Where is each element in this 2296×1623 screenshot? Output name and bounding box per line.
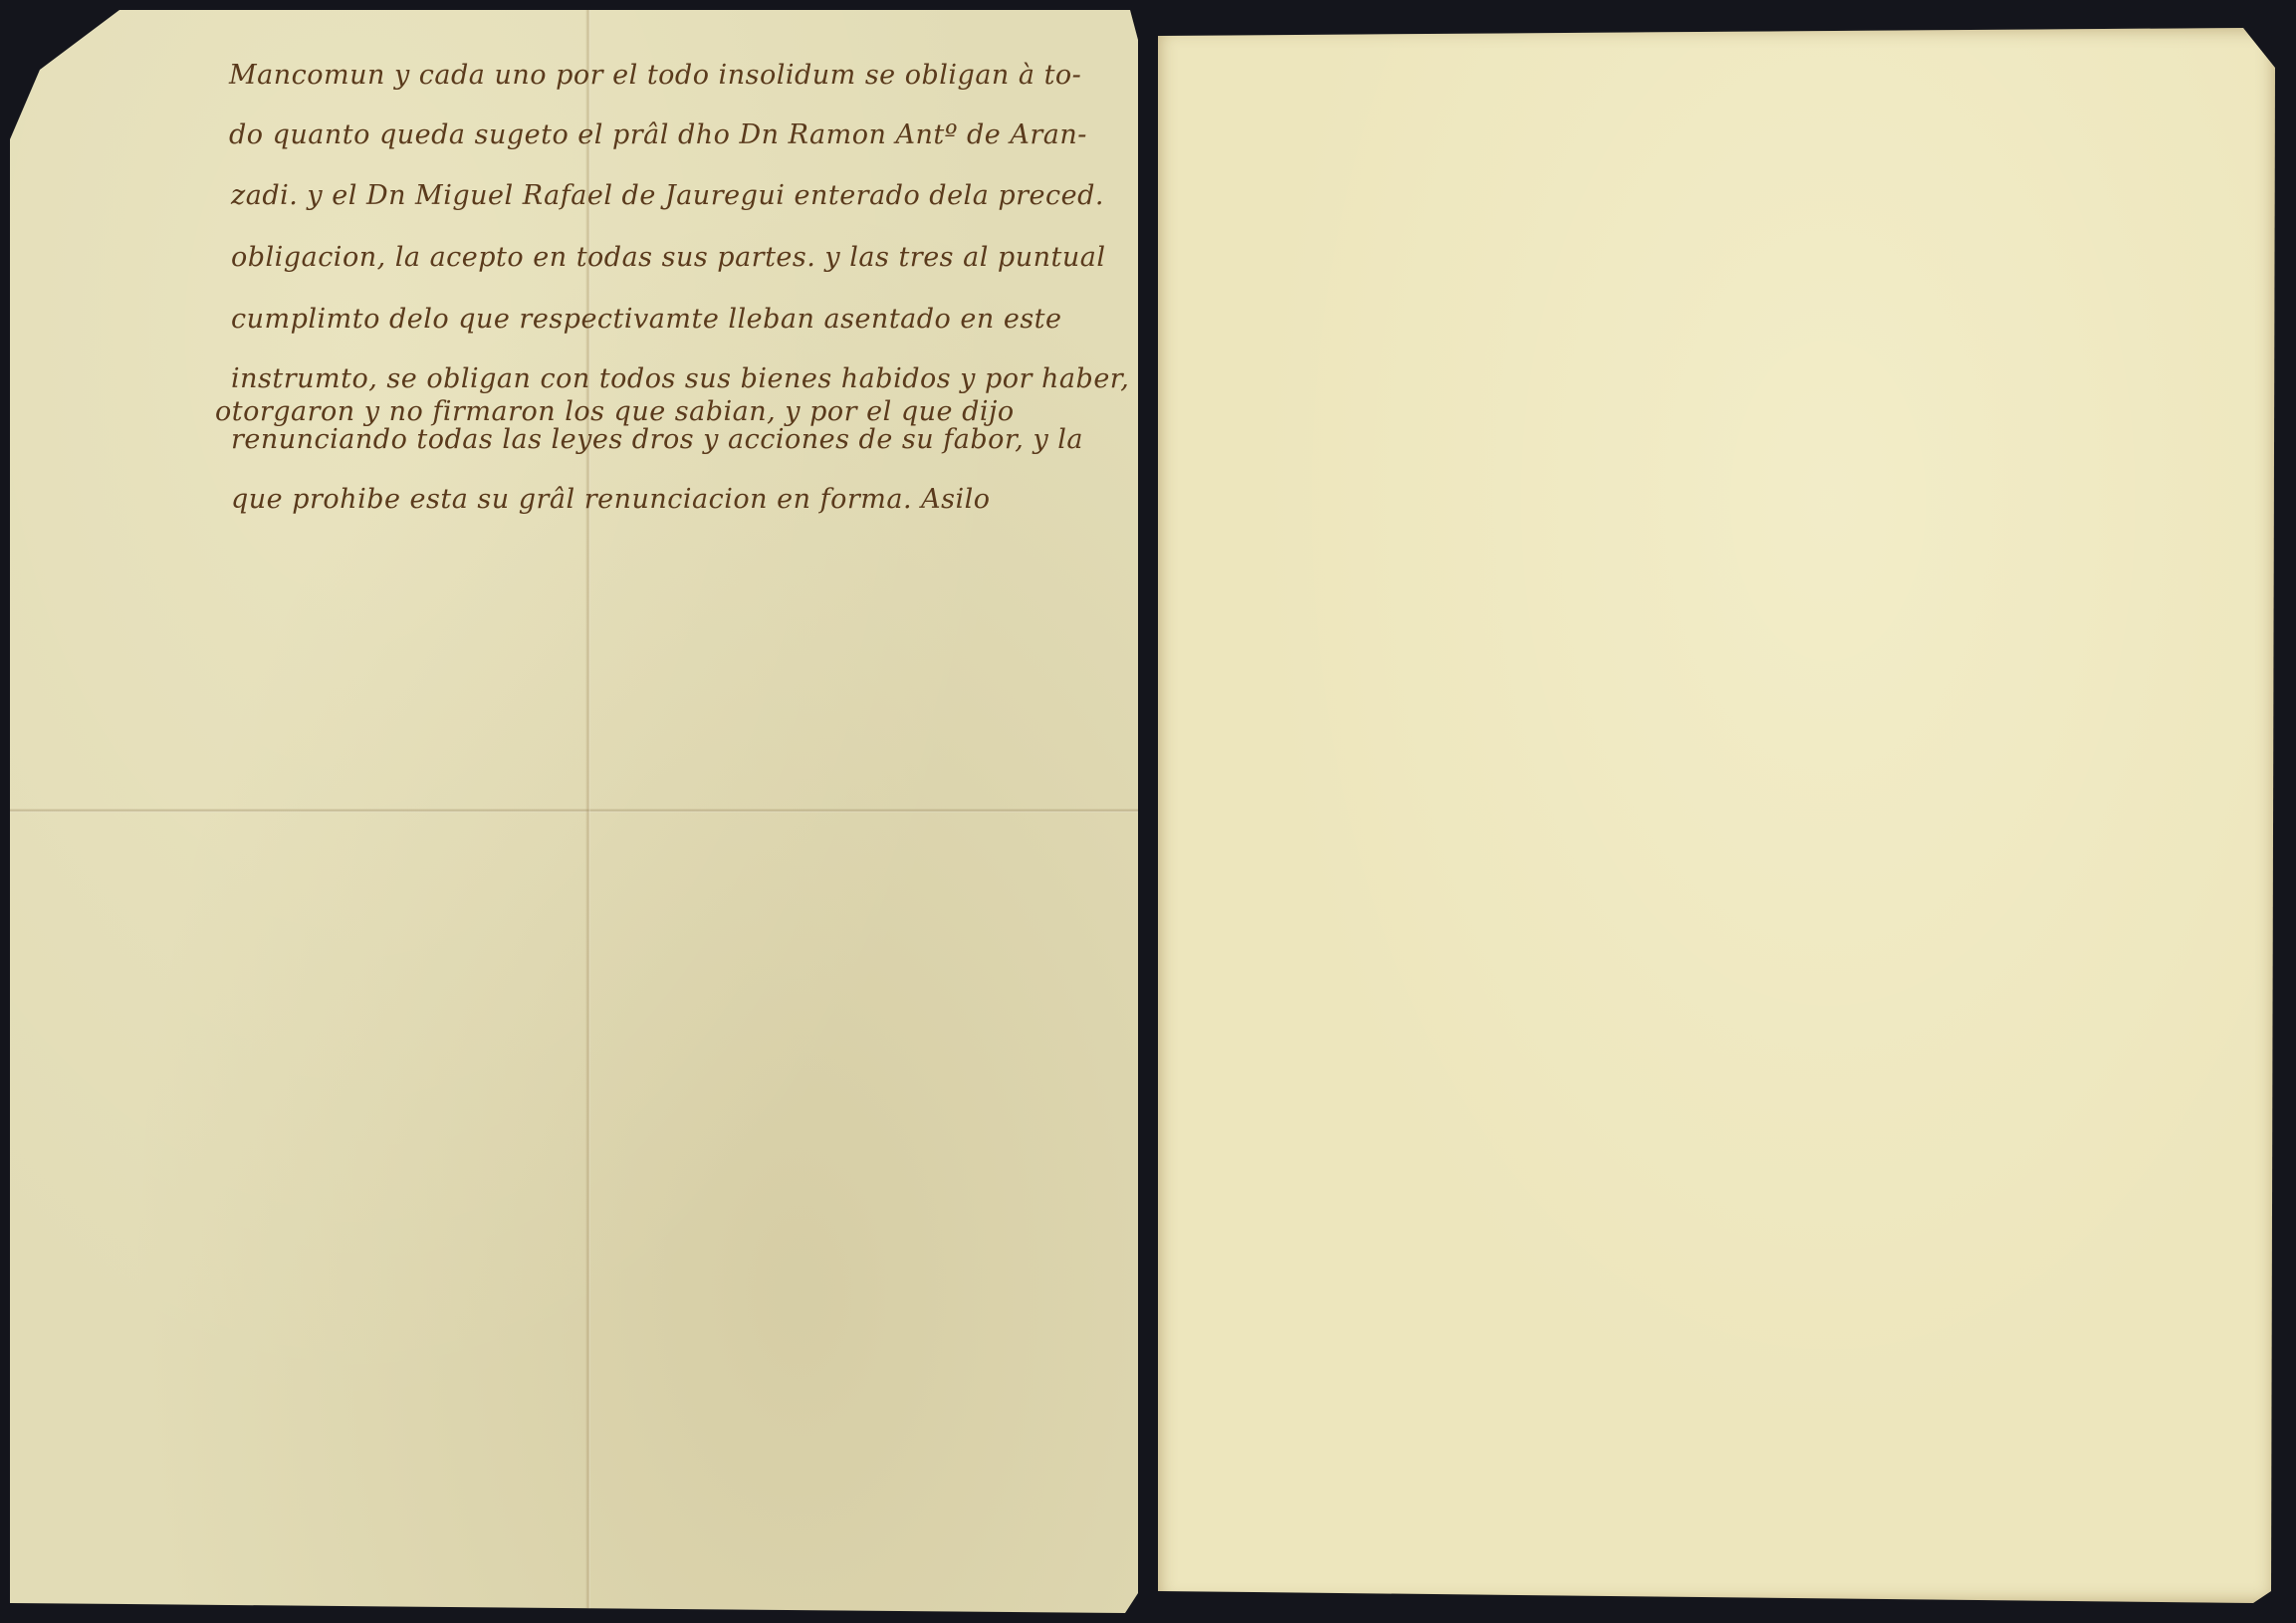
text-line: que prohibe esta su grâl renunciacion en… xyxy=(231,486,991,513)
text-line: renunciando todas las leyes dros y accio… xyxy=(231,426,1083,453)
right-manuscript-page xyxy=(1158,28,2275,1603)
text-line: obligacion, la acepto en todas sus parte… xyxy=(231,244,1105,271)
text-line: cumplimto delo que respectivamte lleban … xyxy=(231,306,1062,333)
text-line: otorgaron y no firmaron los que sabian, … xyxy=(215,398,1015,425)
text-line: do quanto queda sugeto el prâl dho Dn Ra… xyxy=(229,121,1087,148)
left-manuscript-page: Mancomun y cada uno por el todo insolidu… xyxy=(10,10,1138,1613)
text-line: zadi. y el Dn Miguel Rafael de Jauregui … xyxy=(231,182,1104,209)
horizontal-fold-line xyxy=(10,809,1138,812)
text-line: instrumto, se obligan con todos sus bien… xyxy=(231,365,1129,392)
text-line: Mancomun y cada uno por el todo insolidu… xyxy=(229,62,1081,89)
